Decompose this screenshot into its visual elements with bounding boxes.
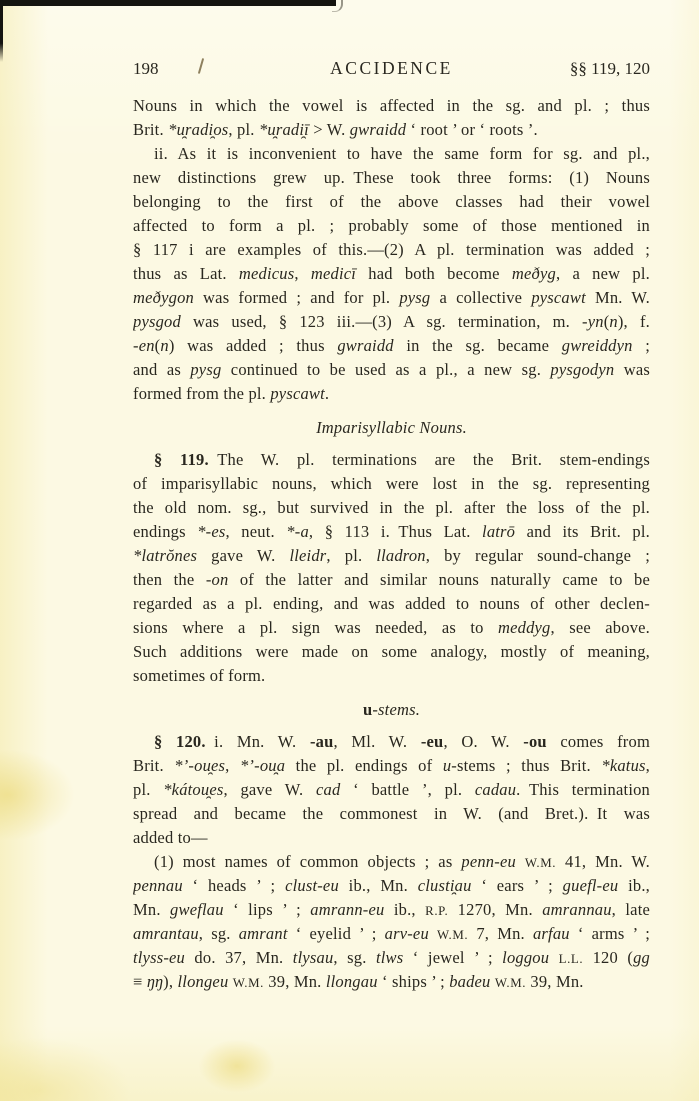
running-title: ACCIDENCE bbox=[262, 58, 521, 79]
scan-edge-left-band bbox=[0, 0, 3, 62]
text-line: endings *-es, neut. *-a, § 113 i. Thus L… bbox=[133, 520, 650, 544]
text-line: pl. *kátou̯es, gave W. cad ‘ battle ’, p… bbox=[133, 778, 650, 802]
text-line: tlyss-eu do. 37, Mn. tlysau, sg. tlws ‘ … bbox=[133, 946, 650, 970]
body-text: Nouns in which the vowel is affected in … bbox=[133, 94, 650, 994]
text-line: *latrŏnes gave W. lleidr, pl. lladron, b… bbox=[133, 544, 650, 568]
text-line: added to— bbox=[133, 826, 650, 850]
section-heading: Imparisyllabic Nouns. bbox=[133, 416, 650, 440]
section-heading: u-stems. bbox=[133, 698, 650, 722]
text-line: -en(n) was added ; thus gwraidd in the s… bbox=[133, 334, 650, 358]
text-line: regarded as a pl. ending, and was added … bbox=[133, 592, 650, 616]
text-line: new distinctions grew up. These took thr… bbox=[133, 166, 650, 190]
text-line: ii. As it is inconvenient to have the sa… bbox=[133, 142, 650, 166]
text-line: § 119. The W. pl. terminations are the B… bbox=[133, 448, 650, 472]
text-line: and as pysg continued to be used as a pl… bbox=[133, 358, 650, 382]
text-line: § 117 i are examples of this.—(2) A pl. … bbox=[133, 238, 650, 262]
text-line: pysgod was used, § 123 iii.—(3) A sg. te… bbox=[133, 310, 650, 334]
text-line: Mn. gweflau ‘ lips ’ ; amrann-eu ib., R.… bbox=[133, 898, 650, 922]
text-line: spread and became the commonest in W. (a… bbox=[133, 802, 650, 826]
paragraph: Nouns in which the vowel is affected in … bbox=[133, 94, 650, 142]
paragraph: § 119. The W. pl. terminations are the B… bbox=[133, 448, 650, 688]
text-line: (1) most names of common objects ; as pe… bbox=[133, 850, 650, 874]
text-line: then the -on of the latter and similar n… bbox=[133, 568, 650, 592]
text-line: sions where a pl. sign was needed, as to… bbox=[133, 616, 650, 640]
page-header: 198 ACCIDENCE §§ 119, 120 bbox=[133, 58, 650, 79]
text-line: the old nom. sg., but survived in the pl… bbox=[133, 496, 650, 520]
text-line: pennau ‘ heads ’ ; clust-eu ib., Mn. clu… bbox=[133, 874, 650, 898]
paragraph: § 120. i. Mn. W. -au, Ml. W. -eu, O. W. … bbox=[133, 730, 650, 850]
text-line: § 120. i. Mn. W. -au, Ml. W. -eu, O. W. … bbox=[133, 730, 650, 754]
scan-edge-band bbox=[0, 0, 336, 6]
text-line: meðygon was formed ; and for pl. pysg a … bbox=[133, 286, 650, 310]
text-line: Brit. *u̯radi̯os, pl. *u̯radi̯ī > W. gwr… bbox=[133, 118, 650, 142]
section-reference: §§ 119, 120 bbox=[521, 59, 650, 79]
paragraph: ii. As it is inconvenient to have the sa… bbox=[133, 142, 650, 406]
page-number: 198 bbox=[133, 59, 262, 79]
top-edge-mark bbox=[332, 0, 343, 12]
text-line: Brit. *’-ou̯es, *’-ou̯a the pl. endings … bbox=[133, 754, 650, 778]
text-line: of imparisyllabic nouns, which were lost… bbox=[133, 472, 650, 496]
text-line: ≡ ŋŋ), llongeu W.M. 39, Mn. llongau ‘ sh… bbox=[133, 970, 650, 994]
paragraph: (1) most names of common objects ; as pe… bbox=[133, 850, 650, 994]
text-line: affected to form a pl. ; probably some o… bbox=[133, 214, 650, 238]
text-line: thus as Lat. medicus, medicī had both be… bbox=[133, 262, 650, 286]
text-line: amrantau, sg. amrant ‘ eyelid ’ ; arv-eu… bbox=[133, 922, 650, 946]
text-line: formed from the pl. pyscawt. bbox=[133, 382, 650, 406]
text-line: sometimes of form. bbox=[133, 664, 650, 688]
text-line: Nouns in which the vowel is affected in … bbox=[133, 94, 650, 118]
text-line: belonging to the first of the above clas… bbox=[133, 190, 650, 214]
text-line: Such additions were made on some analogy… bbox=[133, 640, 650, 664]
